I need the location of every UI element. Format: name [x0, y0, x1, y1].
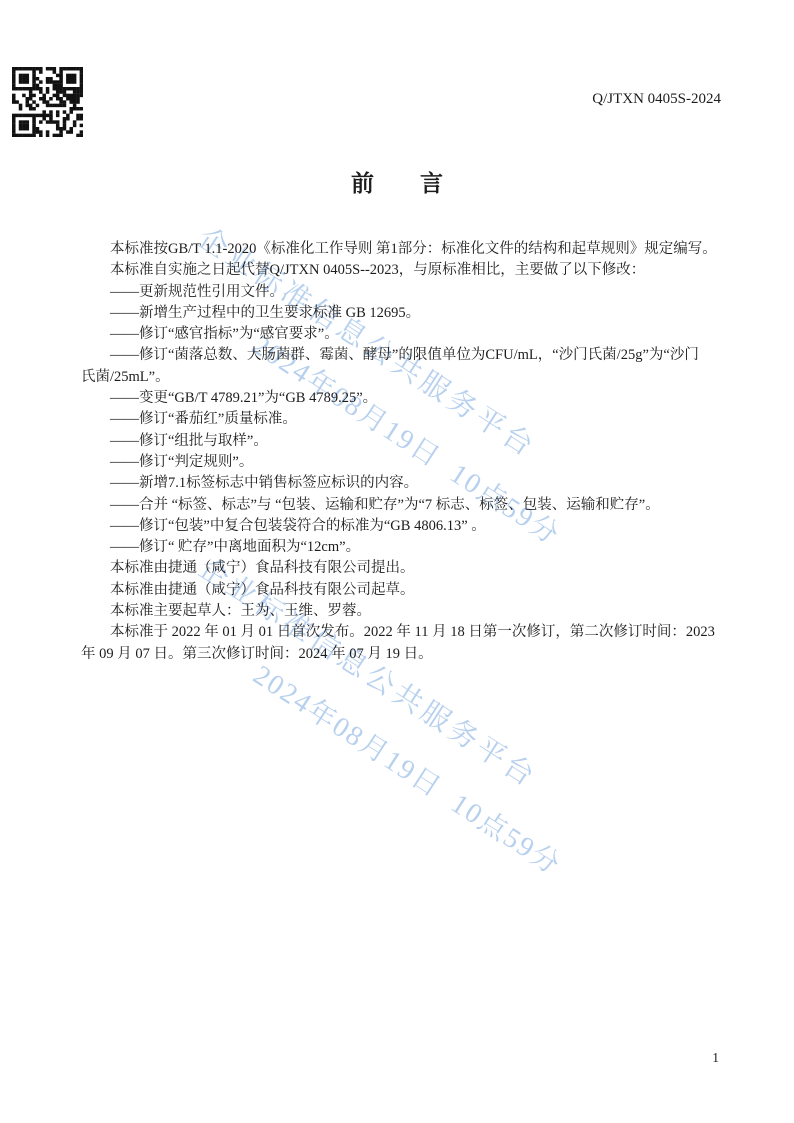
body-line: 本标准由捷通（咸宁）食品科技有限公司起草。	[81, 580, 721, 601]
body-line: 氏菌/25mL”。	[81, 367, 721, 388]
body-line: ——修订“ 贮存”中离地面积为“12cm”。	[81, 537, 721, 558]
body-line: ——修订“感官指标”为“感官要求”。	[81, 324, 721, 345]
body-line: 本标准于 2022 年 01 月 01 日首次发布。2022 年 11 月 18…	[81, 622, 721, 643]
qr-code-icon	[12, 67, 83, 137]
body-line: ——变更“GB/T 4789.21”为“GB 4789.25”。	[81, 388, 721, 409]
page-title: 前 言	[0, 165, 794, 198]
body-line: 本标准按GB/T 1.1-2020《标准化工作导则 第1部分：标准化文件的结构和…	[81, 239, 721, 260]
body-line: ——修订“菌落总数、大肠菌群、霉菌、酵母”的限值单位为CFU/mL，“沙门氏菌/…	[81, 345, 721, 366]
page-content: Q/JTXN 0405S-2024 前 言 本标准按GB/T 1.1-2020《…	[0, 0, 794, 1123]
body-line: ——修订“番茄红”质量标准。	[81, 409, 721, 430]
body-line: 本标准由捷通（咸宁）食品科技有限公司提出。	[81, 558, 721, 579]
body-line: ——新增7.1标签标志中销售标签应标识的内容。	[81, 473, 721, 494]
body-line: 年 09 月 07 日。第三次修订时间：2024 年 07 月 19 日。	[81, 644, 721, 665]
body-line: ——修订“组批与取样”。	[81, 431, 721, 452]
document-page: 企业标准信息公共服务平台 2024年08月19日 10点59分 企业标准信息公共…	[0, 0, 794, 1123]
body-line: ——修订“判定规则”。	[81, 452, 721, 473]
document-standard-code: Q/JTXN 0405S-2024	[592, 91, 721, 108]
body-line: ——修订“包装”中复合包装袋符合的标准为“GB 4806.13” 。	[81, 516, 721, 537]
body-line: ——合并 “标签、标志”与 “包装、运输和贮存”为“7 标志、标签、包装、运输和…	[81, 495, 721, 516]
body-line: ——更新规范性引用文件。	[81, 282, 721, 303]
page-number: 1	[712, 1050, 719, 1066]
body-line: 本标准主要起草人：王为、王维、罗蓉。	[81, 601, 721, 622]
body-line: ——新增生产过程中的卫生要求标准 GB 12695。	[81, 303, 721, 324]
foreword-body: 本标准按GB/T 1.1-2020《标准化工作导则 第1部分：标准化文件的结构和…	[81, 239, 721, 665]
body-line: 本标准自实施之日起代替Q/JTXN 0405S--2023，与原标准相比，主要做…	[81, 260, 721, 281]
